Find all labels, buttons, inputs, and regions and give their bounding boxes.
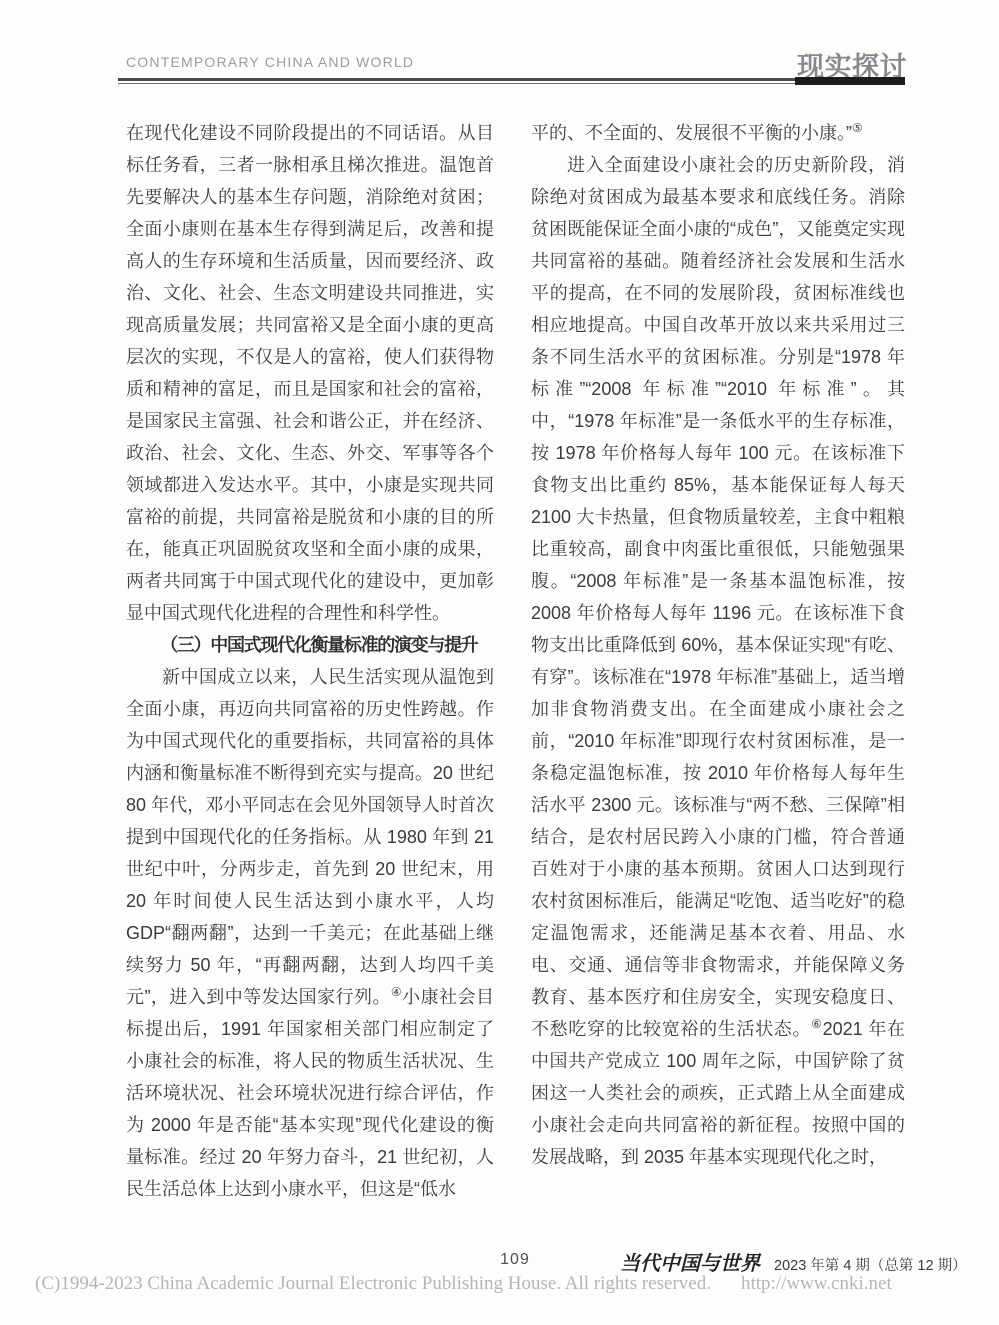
footnote-ref: ④ [391,985,402,999]
header-rule-top [118,78,905,81]
copyright-line: (C)1994-2023 China Academic Journal Elec… [35,1273,892,1295]
footnote-ref: ⑤ [852,121,863,135]
copyright-notice: (C)1994-2023 China Academic Journal Elec… [35,1273,711,1294]
journal-footer: 当代中国与世界 2023 年第 4 期（总第 12 期） [620,1247,967,1276]
paragraph: 进入全面建设小康社会的历史新阶段，消除绝对贫困成为最基本要求和底线任务。消除贫困… [531,149,905,1173]
paragraph: 平的、不全面的、发展很不平衡的小康。”⑤ [531,117,905,149]
copyright-url: http://www.cnki.net [741,1273,892,1294]
issue-info: 2023 年第 4 期（总第 12 期） [774,1254,967,1275]
paragraph: 在现代化建设不同阶段提出的不同话语。从目标任务看，三者一脉相承且梯次推进。温饱首… [126,117,494,629]
column-left: 在现代化建设不同阶段提出的不同话语。从目标任务看，三者一脉相承且梯次推进。温饱首… [126,117,494,1205]
journal-title-en: CONTEMPORARY CHINA AND WORLD [126,54,414,70]
section-heading: （三）中国式现代化衡量标准的演变与提升 [126,629,494,661]
column-right: 平的、不全面的、发展很不平衡的小康。”⑤进入全面建设小康社会的历史新阶段，消除绝… [531,117,905,1173]
paragraph: 新中国成立以来，人民生活实现从温饱到全面小康，再迈向共同富裕的历史性跨越。作为中… [126,661,494,1205]
footnote-ref: ⑥ [811,1017,822,1031]
journal-name-cn: 当代中国与世界 [620,1247,760,1276]
header-rule-bottom [118,83,905,84]
page-number: 109 [420,1251,610,1269]
header-rule-accent [795,77,905,85]
scanned-journal-page: CONTEMPORARY CHINA AND WORLD 现实探讨 在现代化建设… [0,0,999,1325]
